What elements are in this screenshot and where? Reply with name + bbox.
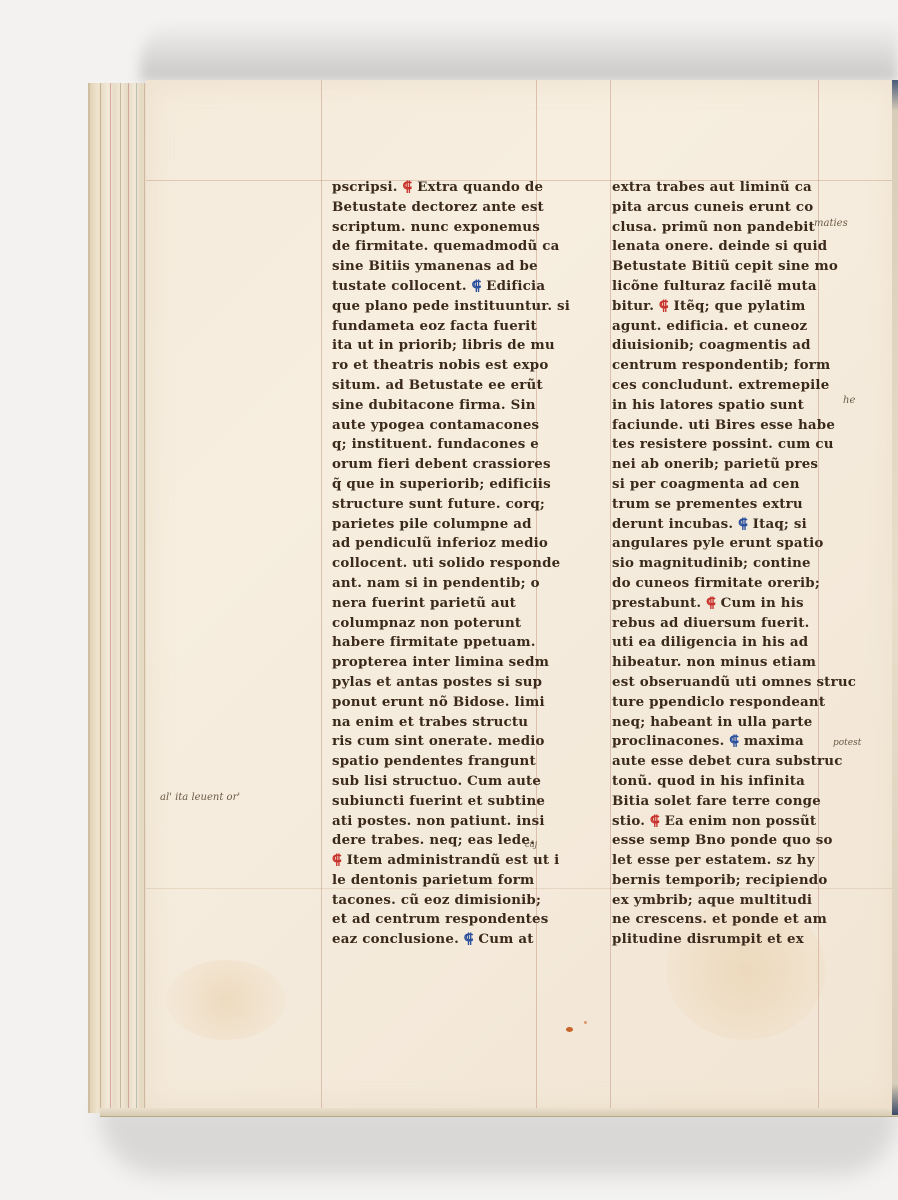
blue-paragraph-mark-icon: ⸿ — [738, 516, 748, 532]
blue-paragraph-mark-icon: ⸿ — [464, 931, 474, 947]
text-line: ne crescens. et ponde et am — [612, 910, 856, 930]
text-line: fundameta eoz facta fuerit — [332, 317, 570, 337]
text-line: si per coagmenta ad cen — [612, 475, 856, 495]
text-line: rebus ad diuersum fuerit. — [612, 614, 856, 634]
text-line: sine dubitacone firma. Sin — [332, 396, 570, 416]
text-line: spatio pendentes frangunt — [332, 752, 570, 772]
text-line: ita ut in priorib; libris de mu — [332, 336, 570, 356]
page-stripe — [136, 83, 137, 1113]
text-line: faciunde. uti Bires esse habe — [612, 416, 856, 436]
text-line: stio. ⸿ Ea enim non possũt — [612, 812, 856, 832]
text-line: Bitia solet fare terre conge — [612, 792, 856, 812]
page-stripe — [120, 83, 121, 1113]
text-line: ro et theatris nobis est expo — [332, 356, 570, 376]
text-line: centrum respondentib; form — [612, 356, 856, 376]
text-line: collocent. uti solido responde — [332, 554, 570, 574]
text-line: nera fuerint parietũ aut — [332, 594, 570, 614]
text-line: que plano pede instituuntur. si — [332, 297, 570, 317]
book-bottom-edge — [100, 1108, 898, 1117]
text-line: Betustate Bitiũ cepit sine mo — [612, 257, 856, 277]
text-line: subiuncti fuerint et subtine — [332, 792, 570, 812]
text-line: aute ypogea contamacones — [332, 416, 570, 436]
text-line: tes resistere possint. cum cu — [612, 435, 856, 455]
text-line: ⸿ Item administrandũ est ut i — [332, 851, 570, 871]
book-fore-edge — [88, 83, 150, 1113]
book-spine-edge — [892, 80, 898, 1115]
blue-paragraph-mark-icon: ⸿ — [729, 733, 739, 749]
text-line: structure sunt future. corq; — [332, 495, 570, 515]
text-line: angulares pyle erunt spatio — [612, 534, 856, 554]
text-line: sio magnitudinib; contine — [612, 554, 856, 574]
text-line: ad pendiculũ inferioz medio — [332, 534, 570, 554]
text-line: scriptum. nunc exponemus — [332, 218, 570, 238]
text-line: orum fieri debent crassiores — [332, 455, 570, 475]
text-line: q̃ que in superiorib; edificiis — [332, 475, 570, 495]
text-line: prestabunt. ⸿ Cum in his — [612, 594, 856, 614]
text-line: tacones. cũ eoz dimisionib; — [332, 891, 570, 911]
text-line: na enim et trabes structu — [332, 713, 570, 733]
text-line: do cuneos firmitate orerib; — [612, 574, 856, 594]
text-line: trum se prementes extru — [612, 495, 856, 515]
ruling-line-right-column-left — [610, 80, 611, 1110]
text-line: et ad centrum respondentes — [332, 910, 570, 930]
text-line: neq; habeant in ulla parte — [612, 713, 856, 733]
text-line: diuisionib; coagmentis ad — [612, 336, 856, 356]
text-line: derunt incubas. ⸿ Itaq; si — [612, 515, 856, 535]
text-line: plitudine disrumpit et ex — [612, 930, 856, 950]
text-line: pita arcus cuneis erunt co — [612, 198, 856, 218]
page-stripe — [144, 83, 145, 1113]
text-line: ant. nam si in pendentib; o — [332, 574, 570, 594]
text-line: uti ea diligencia in his ad — [612, 633, 856, 653]
text-column-left: pscripsi. ⸿ Extra quando de Betustate de… — [332, 178, 570, 950]
text-line: ati postes. non patiunt. insi — [332, 812, 570, 832]
text-line: ris cum sint onerate. medio — [332, 732, 570, 752]
text-line: le dentonis parietum form — [332, 871, 570, 891]
page-top-shadow — [140, 22, 898, 82]
text-line: q; instituent. fundacones e — [332, 435, 570, 455]
text-line: licõne fulturaz facilẽ muta — [612, 277, 856, 297]
red-paragraph-mark-icon: ⸿ — [659, 298, 669, 314]
text-line: pscripsi. ⸿ Extra quando de — [332, 178, 570, 198]
text-line: Betustate dectorez ante est — [332, 198, 570, 218]
text-line: ces concludunt. extremepile — [612, 376, 856, 396]
text-line: esse semp Bno ponde quo so — [612, 831, 856, 851]
text-line: columpnaz non poterunt — [332, 614, 570, 634]
text-line: situm. ad Betustate ee erũt — [332, 376, 570, 396]
page-stripe — [128, 83, 129, 1113]
text-line: sub lisi structuo. Cum aute — [332, 772, 570, 792]
red-paragraph-mark-icon: ⸿ — [650, 813, 660, 829]
text-line: tonũ. quod in his infinita — [612, 772, 856, 792]
text-line: eaz conclusione. ⸿ Cum at — [332, 930, 570, 950]
ruling-line-left-column-left — [321, 80, 322, 1110]
text-column-right: extra trabes aut liminũ ca pita arcus cu… — [612, 178, 856, 950]
text-line: hibeatur. non minus etiam — [612, 653, 856, 673]
red-paragraph-mark-icon: ⸿ — [706, 595, 716, 611]
text-line: pylas et antas postes si sup — [332, 673, 570, 693]
page-stripe — [100, 83, 101, 1113]
text-line: tustate collocent. ⸿ Edificia — [332, 277, 570, 297]
text-line: ex ymbrib; aque multitudi — [612, 891, 856, 911]
text-line: ponut erunt nõ Bidose. limi — [332, 693, 570, 713]
text-line: sine Bitiis ymanenas ad be — [332, 257, 570, 277]
right-margin-note: he — [843, 395, 855, 406]
catchword: cũj — [525, 840, 537, 849]
text-line: lenata onere. deinde si quid — [612, 237, 856, 257]
right-margin-note: potest — [833, 738, 861, 748]
text-line: aute esse debet cura substruc — [612, 752, 856, 772]
parchment-stain — [166, 960, 286, 1040]
text-line: est obseruandũ uti omnes struc — [612, 673, 856, 693]
text-line: parietes pile columpne ad — [332, 515, 570, 535]
text-line: propterea inter limina sedm — [332, 653, 570, 673]
red-paragraph-mark-icon: ⸿ — [332, 852, 342, 868]
page-stripe — [110, 83, 111, 1113]
ink-spot — [584, 1021, 587, 1024]
text-line: proclinacones. ⸿ maxima — [612, 732, 856, 752]
text-line: de firmitate. quemadmodũ ca — [332, 237, 570, 257]
text-line: nei ab onerib; parietũ pres — [612, 455, 856, 475]
red-paragraph-mark-icon: ⸿ — [403, 179, 413, 195]
right-margin-note: maties — [814, 218, 848, 229]
text-line: in his latores spatio sunt — [612, 396, 856, 416]
left-margin-note: al' ita leuent or' — [160, 792, 240, 803]
text-line: bernis temporib; recipiendo — [612, 871, 856, 891]
ink-spot — [566, 1027, 573, 1032]
text-line: bitur. ⸿ Itẽq; que pylatim — [612, 297, 856, 317]
text-line: extra trabes aut liminũ ca — [612, 178, 856, 198]
text-line: habere firmitate ppetuam. — [332, 633, 570, 653]
text-line: ture ppendiclo respondeant — [612, 693, 856, 713]
text-line: agunt. edificia. et cuneoz — [612, 317, 856, 337]
text-line: let esse per estatem. sz hy — [612, 851, 856, 871]
blue-paragraph-mark-icon: ⸿ — [472, 278, 482, 294]
